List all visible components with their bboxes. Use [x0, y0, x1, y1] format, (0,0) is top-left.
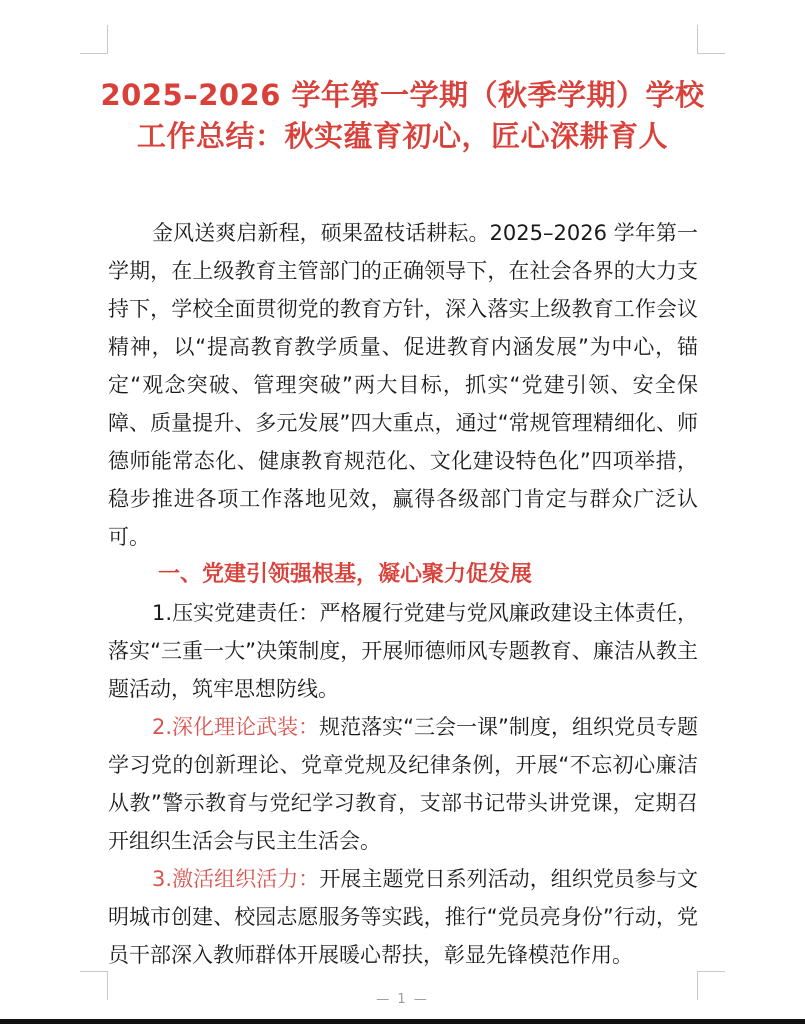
document-body: 金风送爽启新程，硕果盈枝话耕耘。2025–2026 学年第一学期，在上级教育主管…	[108, 214, 698, 974]
item-label: 2.深化理论武装：	[152, 715, 319, 739]
item-label: 1.压实党建责任：	[152, 601, 319, 625]
bottom-edge-bar	[0, 1019, 805, 1024]
page-number: — 1 —	[0, 992, 805, 1007]
document-page: 2025–2026 学年第一学期（秋季学期）学校工作总结：秋实蕴育初心，匠心深耕…	[0, 0, 805, 1019]
section-heading-1: 一、党建引领强根基，凝心聚力促发展	[108, 556, 698, 594]
crop-mark-top-right	[697, 25, 725, 54]
intro-paragraph: 金风送爽启新程，硕果盈枝话耕耘。2025–2026 学年第一学期，在上级教育主管…	[108, 214, 698, 556]
section-1-item-3: 3.激活组织活力：开展主题党日系列活动，组织党员参与文明城市创建、校园志愿服务等…	[108, 860, 698, 974]
crop-mark-top-left	[80, 25, 108, 54]
item-label: 3.激活组织活力：	[152, 867, 319, 891]
document-title: 2025–2026 学年第一学期（秋季学期）学校工作总结：秋实蕴育初心，匠心深耕…	[100, 75, 705, 157]
section-1-item-1: 1.压实党建责任：严格履行党建与党风廉政建设主体责任，落实“三重一大”决策制度，…	[108, 594, 698, 708]
section-1-item-2: 2.深化理论武装：规范落实“三会一课”制度，组织党员专题学习党的创新理论、党章党…	[108, 708, 698, 860]
